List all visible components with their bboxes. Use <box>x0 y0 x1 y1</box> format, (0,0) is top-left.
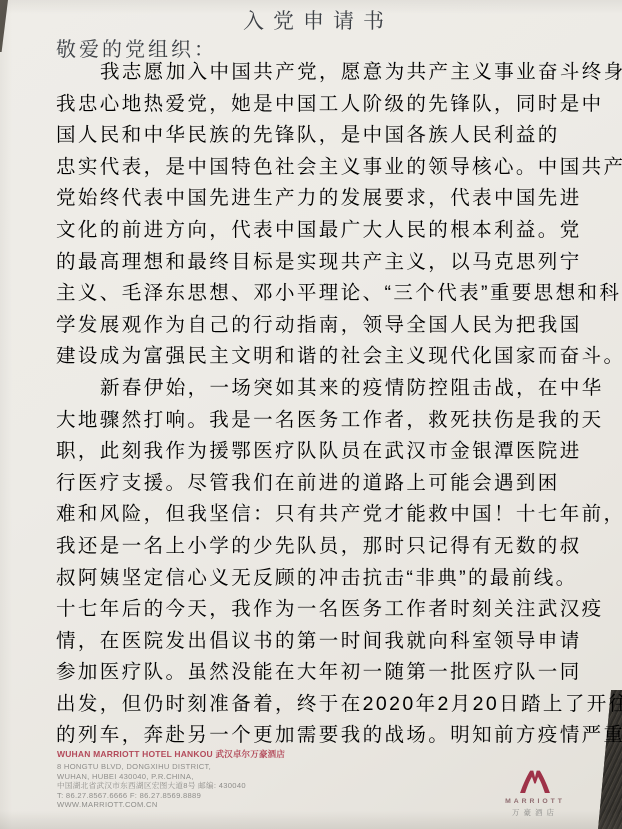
handwritten-line: 党始终代表中国先进生产力的发展要求，代表中国先进 <box>56 183 608 215</box>
hotel-address-line: 8 HONGTU BLVD, DONGXIHU DISTRICT, <box>57 762 387 772</box>
hotel-name-cn: 武汉卓尔万豪酒店 <box>215 749 285 759</box>
handwritten-line: 参加医疗队。虽然没能在大年初一随第一批医疗队一同 <box>56 657 608 689</box>
hotel-phone-fax: T: 86.27.8567.6666 F: 86.27.8569.8889 <box>57 791 387 801</box>
marriott-wordmark: MARRIOTT <box>505 798 565 805</box>
handwritten-line: 我还是一名上小学的少先队员，那时只记得有无数的叔 <box>56 531 608 563</box>
hotel-website: WWW.MARRIOTT.COM.CN <box>57 800 387 810</box>
handwritten-line: 新春伊始，一场突如其来的疫情防控阻击战，在中华 <box>56 373 608 405</box>
handwritten-line: 十七年后的今天，我作为一名医务工作者时刻关注武汉疫 <box>56 594 608 626</box>
document-title: 入党申请书 <box>0 5 622 35</box>
handwritten-line: 职，此刻我作为援鄂医疗队队员在武汉市金银潭医院进 <box>56 436 608 468</box>
handwritten-line: 大地骤然打响。我是一名医务工作者，救死扶伤是我的天 <box>56 405 608 437</box>
hotel-address-line: 中国湖北省武汉市东西湖区宏图大道8号 邮编: 430040 <box>57 781 387 791</box>
hotel-name: WUHAN MARRIOTT HOTEL HANKOU 武汉卓尔万豪酒店 <box>57 748 387 760</box>
hotel-letterhead: WUHAN MARRIOTT HOTEL HANKOU 武汉卓尔万豪酒店 8 H… <box>57 748 387 810</box>
marriott-wordmark-cn: 万豪酒店 <box>505 807 565 818</box>
hotel-name-en: WUHAN MARRIOTT HOTEL HANKOU <box>57 749 213 759</box>
handwritten-line: 情，在医院发出倡议书的第一时间我就向科室领导申请 <box>56 626 608 658</box>
handwritten-line: 叔阿姨坚定信心义无反顾的冲击抗击“非典”的最前线。 <box>56 563 608 595</box>
handwritten-line: 忠实代表，是中国特色社会主义事业的领导核心。中国共产 <box>56 152 608 184</box>
handwritten-line: 的最高理想和最终目标是实现共产主义，以马克思列宁 <box>56 247 608 279</box>
handwritten-line: 建设成为富强民主文明和谐的社会主义现代化国家而奋斗。 <box>56 341 608 373</box>
handwritten-line: 国人民和中华民族的先锋队，是中国各族人民利益的 <box>56 120 608 152</box>
handwritten-line: 出发，但仍时刻准备着，终于在2020年2月20日踏上了开往疫区 <box>56 689 608 721</box>
handwritten-line: 我忠心地热爱党，她是中国工人阶级的先锋队，同时是中 <box>56 89 608 121</box>
handwritten-line: 主义、毛泽东思想、邓小平理论、“三个代表”重要思想和科 <box>56 278 608 310</box>
handwritten-line: 难和风险，但我坚信：只有共产党才能救中国！十七年前， <box>56 499 608 531</box>
handwritten-body: 我志愿加入中国共产党，愿意为共产主义事业奋斗终身。 我忠心地热爱党，她是中国工人… <box>56 57 608 752</box>
handwritten-line: 我志愿加入中国共产党，愿意为共产主义事业奋斗终身。 <box>56 57 608 89</box>
marriott-monogram-icon <box>505 768 565 795</box>
marriott-logo: MARRIOTT 万豪酒店 <box>505 768 565 818</box>
hotel-address-line: WUHAN, HUBEI 430040, P.R.CHINA, <box>57 772 387 782</box>
handwritten-line: 行医疗支援。尽管我们在前进的道路上可能会遇到困 <box>56 468 608 500</box>
photographed-letter: 入党申请书 敬爱的党组织： 我志愿加入中国共产党，愿意为共产主义事业奋斗终身。 … <box>0 0 622 829</box>
handwritten-line: 文化的前进方向，代表中国最广大人民的根本利益。党 <box>56 215 608 247</box>
handwritten-line: 学发展观作为自己的行动指南，领导全国人民为把我国 <box>56 310 608 342</box>
